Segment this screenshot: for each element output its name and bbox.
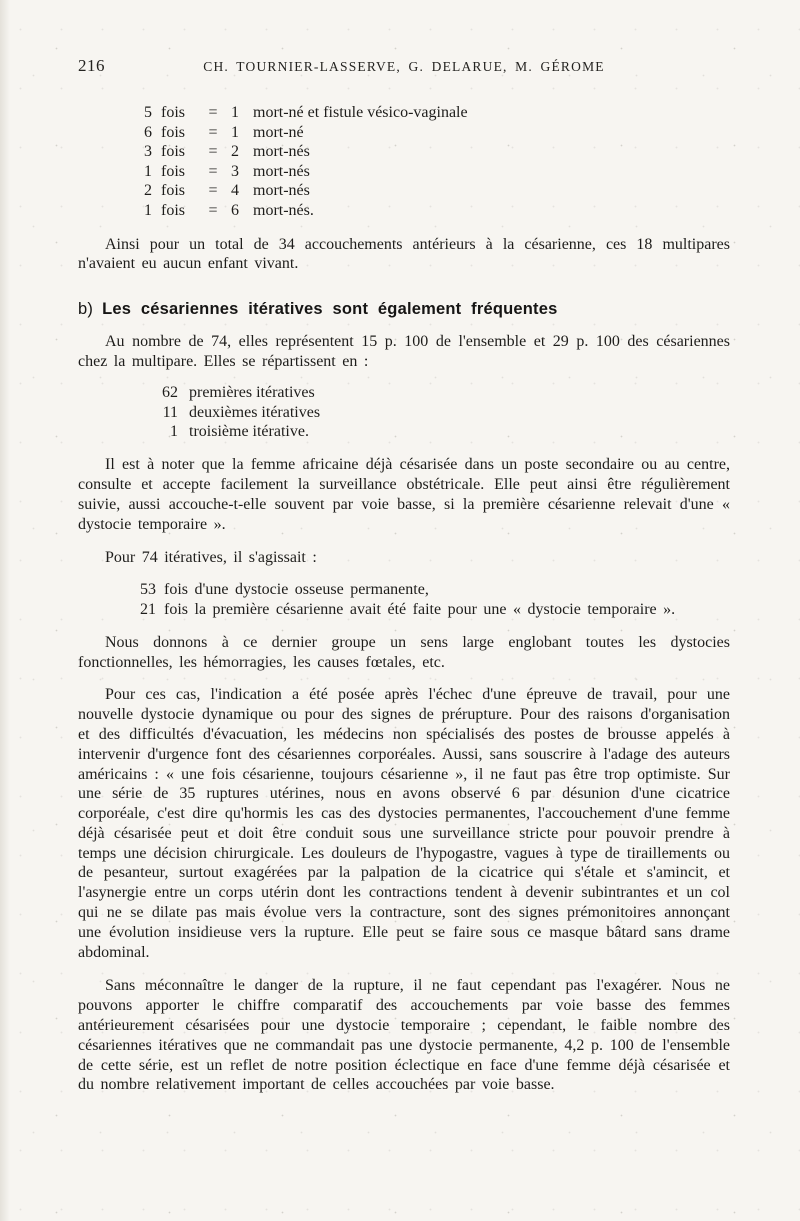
equals-sign: = — [204, 181, 222, 201]
tally-unit: fois — [161, 123, 195, 143]
item-label: troisième itérative. — [189, 422, 730, 442]
stillbirth-tally-list: 5 fois = 1 mort-né et fistule vésico-vag… — [78, 103, 730, 221]
tally-label: mort-nés — [253, 142, 730, 162]
tally-unit: fois — [161, 181, 195, 201]
item-label: premières itératives — [189, 383, 730, 403]
scanned-page: 216 CH. TOURNIER-LASSERVE, G. DELARUE, M… — [0, 0, 800, 1221]
tally-label: mort-nés. — [253, 201, 730, 221]
paragraph-indication: Pour ces cas, l'indication a été posée a… — [78, 685, 730, 962]
tally-unit: fois — [161, 162, 195, 182]
equals-sign: = — [204, 103, 222, 123]
causes-list: 53 fois d'une dystocie osseuse permanent… — [78, 580, 730, 620]
paragraph-sans-meconnaitre: Sans méconnaître le danger de la rupture… — [78, 976, 730, 1095]
list-item: 1 troisième itérative. — [78, 422, 730, 442]
section-marker: b) — [78, 300, 93, 318]
paragraph-total-accouchements: Ainsi pour un total de 34 accouchements … — [78, 235, 730, 275]
tally-unit: fois — [161, 103, 195, 123]
item-count: 11 — [158, 403, 178, 423]
item-label: fois d'une dystocie osseuse permanente, — [164, 580, 730, 600]
tally-label: mort-né — [253, 123, 730, 143]
equals-sign: = — [204, 142, 222, 162]
tally-row: 6 fois = 1 mort-né — [78, 123, 730, 143]
tally-value: 3 — [231, 162, 244, 182]
item-count: 1 — [158, 422, 178, 442]
tally-count: 1 — [136, 162, 152, 182]
list-item: 21 fois la première césarienne avait été… — [78, 600, 730, 620]
running-header: 216 CH. TOURNIER-LASSERVE, G. DELARUE, M… — [78, 0, 730, 76]
item-count: 62 — [158, 383, 178, 403]
section-heading-b: b)Les césariennes itératives sont égalem… — [78, 299, 730, 319]
item-count: 21 — [132, 600, 156, 620]
tally-row: 5 fois = 1 mort-né et fistule vésico-vag… — [78, 103, 730, 123]
tally-count: 5 — [136, 103, 152, 123]
list-item: 11 deuxièmes itératives — [78, 403, 730, 423]
list-item: 53 fois d'une dystocie osseuse permanent… — [78, 580, 730, 600]
tally-row: 2 fois = 4 mort-nés — [78, 181, 730, 201]
tally-count: 3 — [136, 142, 152, 162]
tally-label: mort-né et fistule vésico-vaginale — [253, 103, 730, 123]
section-title: Les césariennes itératives sont égalemen… — [102, 300, 557, 318]
list-item: 62 premières itératives — [78, 383, 730, 403]
running-head-authors: CH. TOURNIER-LASSERVE, G. DELARUE, M. GÉ… — [203, 59, 604, 74]
item-count: 53 — [132, 580, 156, 600]
equals-sign: = — [204, 162, 222, 182]
page-number: 216 — [78, 56, 105, 76]
tally-row: 1 fois = 6 mort-nés. — [78, 201, 730, 221]
tally-count: 2 — [136, 181, 152, 201]
paragraph-au-nombre: Au nombre de 74, elles représentent 15 p… — [78, 332, 730, 372]
tally-unit: fois — [161, 142, 195, 162]
item-label: deuxièmes itératives — [189, 403, 730, 423]
tally-count: 1 — [136, 201, 152, 221]
tally-label: mort-nés — [253, 162, 730, 182]
tally-value: 2 — [231, 142, 244, 162]
tally-unit: fois — [161, 201, 195, 221]
tally-value: 1 — [231, 103, 244, 123]
tally-label: mort-nés — [253, 181, 730, 201]
item-label: fois la première césarienne avait été fa… — [164, 600, 730, 620]
iteratives-list: 62 premières itératives 11 deuxièmes ité… — [78, 383, 730, 442]
paragraph-sens-large: Nous donnons à ce dernier groupe un sens… — [78, 633, 730, 673]
tally-row: 1 fois = 3 mort-nés — [78, 162, 730, 182]
tally-value: 1 — [231, 123, 244, 143]
text-column: 216 CH. TOURNIER-LASSERVE, G. DELARUE, M… — [78, 0, 730, 1095]
paragraph-il-est-a-noter: Il est à noter que la femme africaine dé… — [78, 455, 730, 534]
tally-value: 4 — [231, 181, 244, 201]
tally-count: 6 — [136, 123, 152, 143]
paragraph-pour-74-iteratives: Pour 74 itératives, il s'agissait : — [78, 548, 730, 568]
tally-row: 3 fois = 2 mort-nés — [78, 142, 730, 162]
equals-sign: = — [204, 123, 222, 143]
tally-value: 6 — [231, 201, 244, 221]
equals-sign: = — [204, 201, 222, 221]
